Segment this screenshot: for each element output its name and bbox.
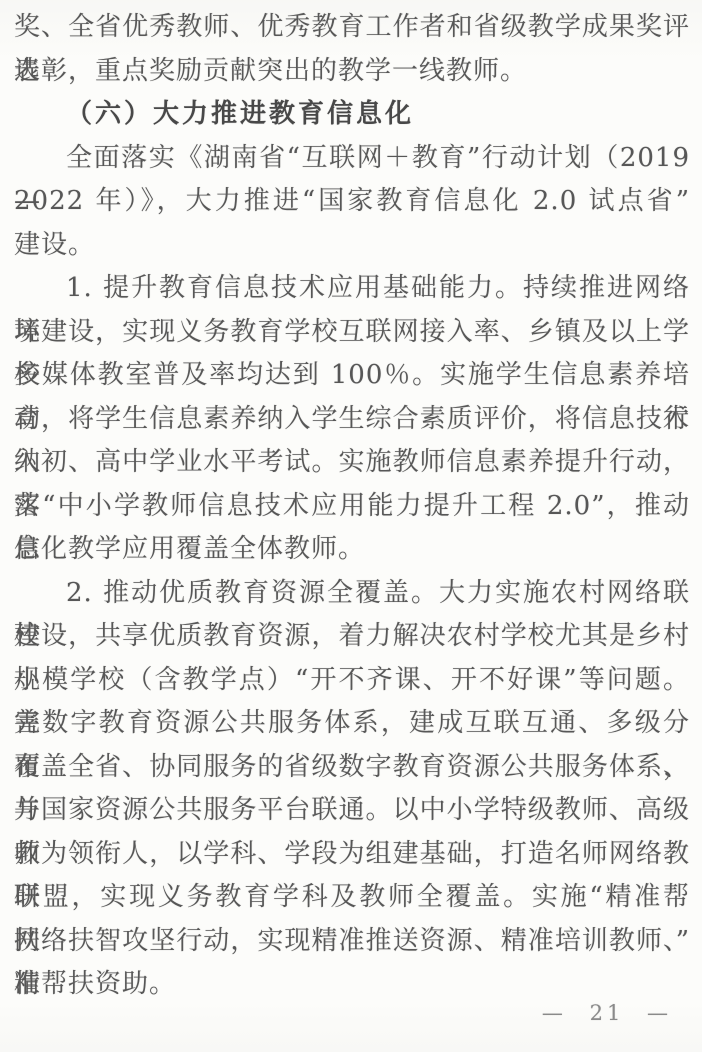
text-line: 网络扶智攻坚行动，实现精准推送资源、精准培训教师、精 bbox=[14, 920, 690, 964]
text-line: 1. 提升教育信息技术应用基础能力。持续推进网络环 bbox=[14, 267, 690, 311]
text-line: 奖、全省优秀教师、优秀教育工作者和省级教学成果奖评选 bbox=[14, 6, 690, 50]
text-line: 覆盖全省、协同服务的省级数字教育资源公共服务体系，并 bbox=[14, 746, 690, 790]
text-line: 境建设，实现义务教育学校互联网接入率、乡镇及以上学校 bbox=[14, 311, 690, 355]
page-number: — 21 — bbox=[542, 998, 672, 1028]
text-line: 与国家资源公共服务平台联通。以中小学特级教师、高级教 bbox=[14, 789, 690, 833]
text-line: 全面落实《湖南省“互联网＋教育”行动计划（2019— bbox=[14, 137, 690, 181]
text-line: 动，将学生信息素养纳入学生综合素质评价，将信息技术纳 bbox=[14, 398, 690, 442]
document-page: 奖、全省优秀教师、优秀教育工作者和省级教学成果奖评选表彰，重点奖励贡献突出的教学… bbox=[0, 0, 702, 1052]
text-line: 师为领衔人，以学科、学段为组建基础，打造名师网络教研 bbox=[14, 833, 690, 877]
text-line: 入初、高中学业水平考试。实施教师信息素养提升行动，落 bbox=[14, 441, 690, 485]
text-line: 善数字教育资源公共服务体系，建成互联互通、多级分布、 bbox=[14, 702, 690, 746]
text-line: 建设，共享优质教育资源，着力解决农村学校尤其是乡村小 bbox=[14, 615, 690, 659]
document-body: 奖、全省优秀教师、优秀教育工作者和省级教学成果奖评选表彰，重点奖励贡献突出的教学… bbox=[14, 6, 690, 1007]
section-heading: （六）大力推进教育信息化 bbox=[14, 93, 690, 137]
text-line: 息化教学应用覆盖全体教师。 bbox=[14, 528, 690, 572]
text-line: 表彰，重点奖励贡献突出的教学一线教师。 bbox=[14, 50, 690, 94]
text-line: 2022 年）》，大力推进“国家教育信息化 2.0 试点省” bbox=[14, 180, 690, 224]
text-line: 规模学校（含教学点）“开不齐课、开不好课”等问题。完 bbox=[14, 659, 690, 703]
text-line: 2. 推动优质教育资源全覆盖。大力实施农村网络联校 bbox=[14, 572, 690, 616]
text-line: 联盟，实现义务教育学科及教师全覆盖。实施“精准帮扶” bbox=[14, 876, 690, 920]
text-line: 建设。 bbox=[14, 224, 690, 268]
text-line: 多媒体教室普及率均达到 100％。实施学生信息素养培育行 bbox=[14, 354, 690, 398]
text-line: 实“中小学教师信息技术应用能力提升工程 2.0”，推动信 bbox=[14, 485, 690, 529]
